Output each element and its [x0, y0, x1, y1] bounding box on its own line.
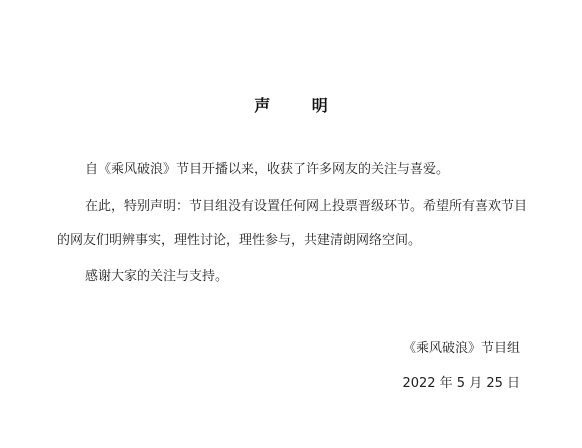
paragraph-statement: 在此，特别声明：节目组没有设置任何网上投票晋级环节。希望所有喜欢节目的网友们明辨… [57, 190, 527, 258]
paragraph-intro: 自《乘风破浪》节目开播以来，收获了许多网友的关注与喜爱。 [57, 153, 527, 187]
document-title: 声 明 [0, 93, 582, 116]
statement-document: 声 明 自《乘风破浪》节目开播以来，收获了许多网友的关注与喜爱。 在此，特别声明… [0, 0, 582, 448]
signature-date: 2022 年 5 月 25 日 [402, 372, 520, 391]
paragraph-thanks: 感谢大家的关注与支持。 [57, 260, 527, 294]
signature-organization: 《乘风破浪》节目组 [403, 337, 520, 356]
